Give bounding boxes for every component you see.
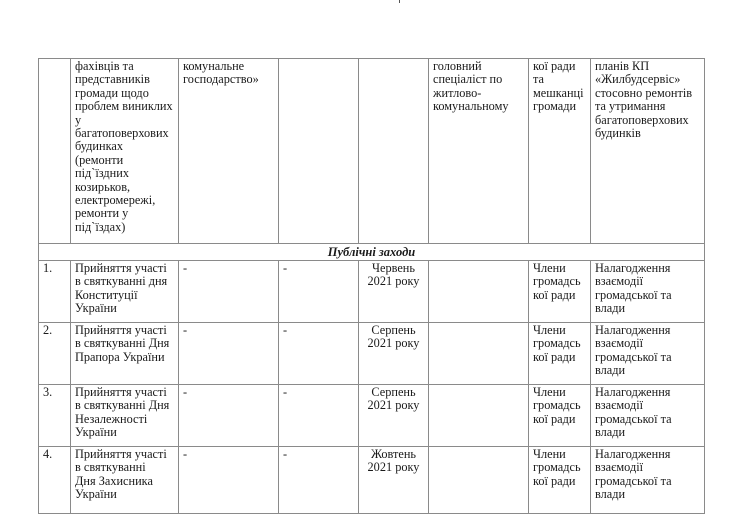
table-row: 1. Прийняття участі в святкуванні дня Ко… — [39, 261, 705, 323]
cell-participants: кої ради та мешканці громади — [529, 59, 591, 244]
section-header-row: Публічні заходи — [39, 244, 705, 261]
cell-organizer: - — [179, 385, 279, 447]
cell-organizer: - — [179, 447, 279, 514]
cell-task: Прийняття участі в святкуванні Дня Незал… — [71, 385, 179, 447]
cell-task: Прийняття участі в святкуванні Дня Захис… — [71, 447, 179, 514]
cell-result: Налагодження взаємодії громадської та вл… — [591, 261, 705, 323]
cell-blank — [279, 59, 359, 244]
cell-participants: Члени громадсь кої ради — [529, 323, 591, 385]
cell-participants: Члени громадсь кої ради — [529, 447, 591, 514]
table-row: 3. Прийняття участі в святкуванні Дня Не… — [39, 385, 705, 447]
cell-result: Налагодження взаємодії громадської та вл… — [591, 323, 705, 385]
cell-result: планів КП «Жилбудсервіс» стосовно ремонт… — [591, 59, 705, 244]
cell-result: Налагодження взаємодії громадської та вл… — [591, 447, 705, 514]
cell-number: 1. — [39, 261, 71, 323]
cell-responsible — [429, 447, 529, 514]
cell-responsible — [429, 385, 529, 447]
table-row-continuation: фахівців та представників громади щодо п… — [39, 59, 705, 244]
cell-blank: - — [279, 323, 359, 385]
cell-organizer: - — [179, 323, 279, 385]
page-number-mark — [399, 0, 400, 3]
cell-organizer: комунальне господарство» — [179, 59, 279, 244]
cell-responsible: головний спеціаліст по житлово- комуналь… — [429, 59, 529, 244]
cell-blank: - — [279, 385, 359, 447]
cell-organizer: - — [179, 261, 279, 323]
cell-blank: - — [279, 261, 359, 323]
cell-participants: Члени громадсь кої ради — [529, 385, 591, 447]
cell-participants: Члени громадсь кої ради — [529, 261, 591, 323]
section-title: Публічні заходи — [39, 244, 705, 261]
cell-date — [359, 59, 429, 244]
cell-date: Жовтень 2021 року — [359, 447, 429, 514]
cell-number: 2. — [39, 323, 71, 385]
events-plan-table: фахівців та представників громади щодо п… — [38, 58, 705, 514]
cell-result: Налагодження взаємодії громадської та вл… — [591, 385, 705, 447]
cell-blank: - — [279, 447, 359, 514]
cell-task: Прийняття участі в святкуванні дня Конст… — [71, 261, 179, 323]
cell-date: Серпень 2021 року — [359, 323, 429, 385]
cell-date: Серпень 2021 року — [359, 385, 429, 447]
cell-number: 4. — [39, 447, 71, 514]
cell-date: Червень 2021 року — [359, 261, 429, 323]
cell-task: фахівців та представників громади щодо п… — [71, 59, 179, 244]
table-row: 4. Прийняття участі в святкуванні Дня За… — [39, 447, 705, 514]
cell-number: 3. — [39, 385, 71, 447]
cell-number — [39, 59, 71, 244]
cell-responsible — [429, 323, 529, 385]
cell-responsible — [429, 261, 529, 323]
table-row: 2. Прийняття участі в святкуванні Дня Пр… — [39, 323, 705, 385]
cell-task: Прийняття участі в святкуванні Дня Прапо… — [71, 323, 179, 385]
